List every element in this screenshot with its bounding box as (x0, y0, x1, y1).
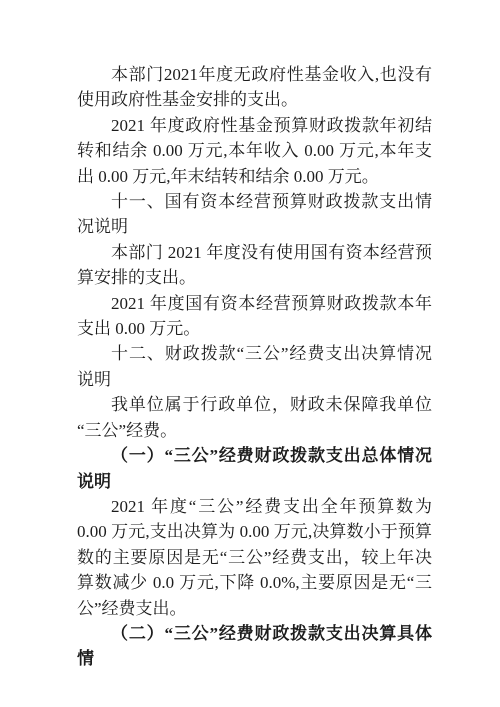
para-three-public-details: 2021 年度“三公”经费支出全年预算数为 0.00 万元,支出决算为 0.00… (77, 494, 432, 621)
heading-three-public-specific: （二）“三公”经费财政拨款支出决算具体情 (77, 621, 432, 672)
heading-section-12: 十二、财政拨款“三公”经费支出决算情况说明 (77, 341, 432, 392)
para-no-state-capital-budget: 本部门 2021 年度没有使用国有资本经营预算安排的支出。 (77, 240, 432, 291)
heading-section-11: 十一、国有资本经营预算财政拨款支出情况说明 (77, 189, 432, 240)
heading-three-public-overall: （一）“三公”经费财政拨款支出总体情况说明 (77, 443, 432, 494)
document-text-block: 本部门2021年度无政府性基金收入,也没有使用政府性基金安排的支出。 2021 … (77, 62, 432, 672)
para-gov-fund-income: 本部门2021年度无政府性基金收入,也没有使用政府性基金安排的支出。 (77, 62, 432, 113)
document-page: 本部门2021年度无政府性基金收入,也没有使用政府性基金安排的支出。 2021 … (0, 0, 500, 707)
para-state-capital-expense: 2021 年度国有资本经营预算财政拨款本年支出 0.00 万元。 (77, 291, 432, 342)
para-unit-type: 我单位属于行政单位，财政未保障我单位“三公”经费。 (77, 392, 432, 443)
para-gov-fund-balance: 2021 年度政府性基金预算财政拨款年初结转和结余 0.00 万元,本年收入 0… (77, 113, 432, 189)
